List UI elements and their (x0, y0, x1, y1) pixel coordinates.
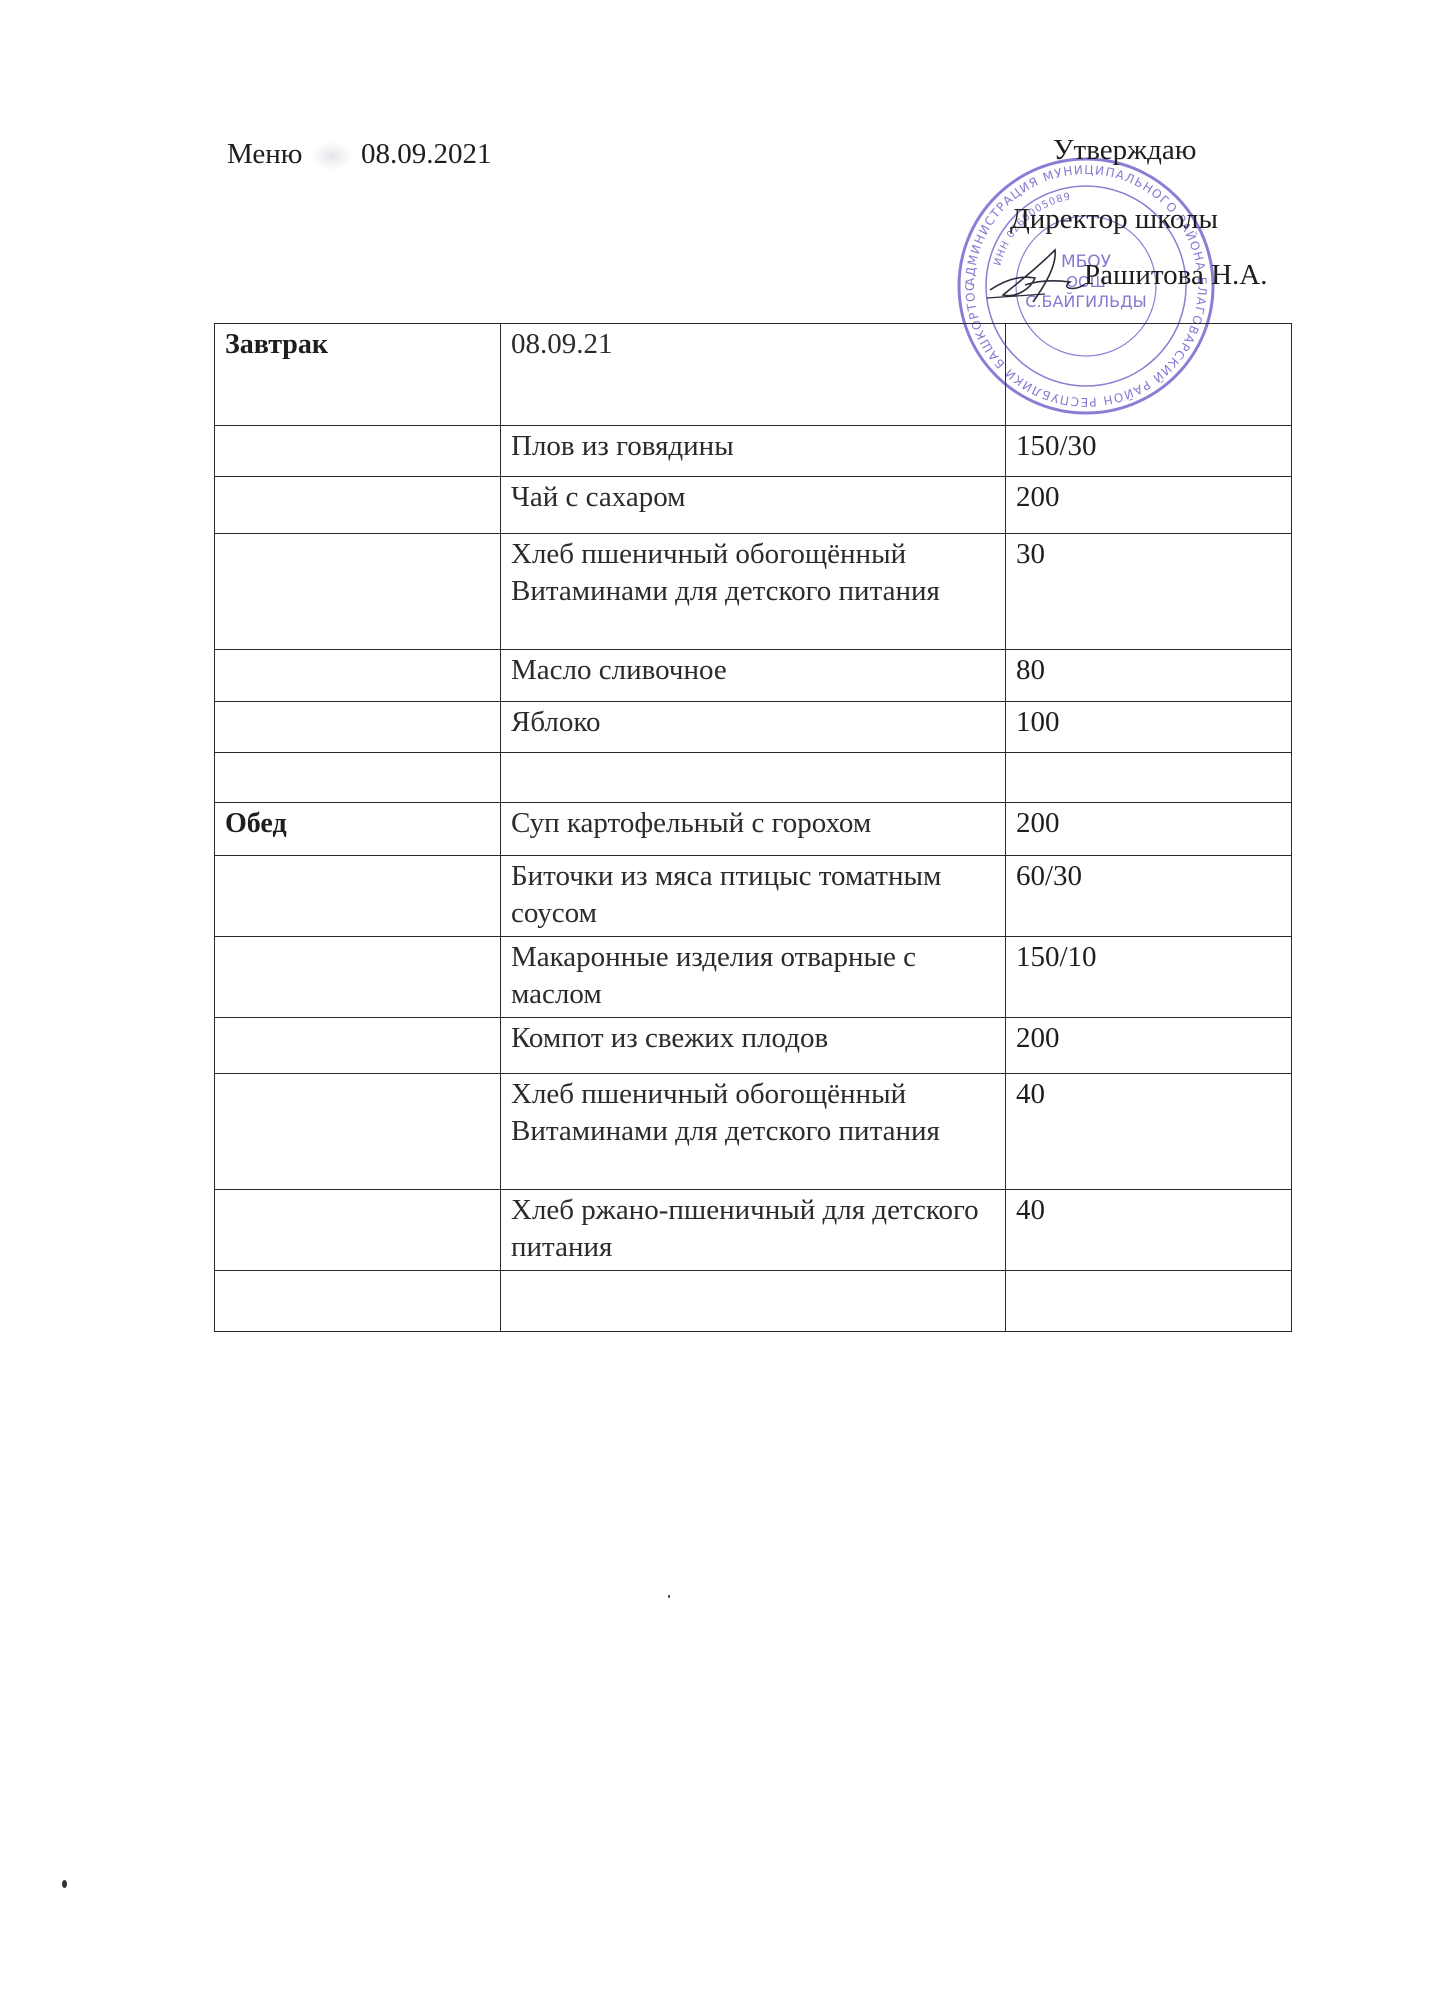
meal-cell (215, 650, 501, 702)
dish-cell: Масло сливочное (501, 650, 1006, 702)
approval-line-position: Директор школы (1010, 203, 1218, 236)
table-row: ОбедСуп картофельный с горохом200 (215, 803, 1292, 856)
meal-cell: Завтрак (215, 324, 501, 426)
portion-cell: 200 (1006, 1018, 1292, 1074)
meal-cell (215, 937, 501, 1018)
table-row: Биточки из мяса птицыс томатным соусом60… (215, 856, 1292, 937)
portion-cell (1006, 753, 1292, 803)
dish-cell: Биточки из мяса птицыс томатным соусом (501, 856, 1006, 937)
portion-cell: 150/10 (1006, 937, 1292, 1018)
meal-cell (215, 1074, 501, 1190)
table-row: Хлеб пшеничный обогощённый Витаминами дл… (215, 1074, 1292, 1190)
table-row (215, 753, 1292, 803)
portion-cell: 40 (1006, 1190, 1292, 1271)
dish-cell: Макаронные изделия отварные с маслом (501, 937, 1006, 1018)
meal-cell (215, 534, 501, 650)
meal-cell (215, 753, 501, 803)
table-row: Хлеб пшеничный обогощённый Витаминами дл… (215, 534, 1292, 650)
table-row: Хлеб ржано-пшеничный для детского питани… (215, 1190, 1292, 1271)
table-row: Яблоко100 (215, 702, 1292, 753)
table-row: Масло сливочное80 (215, 650, 1292, 702)
dish-cell: Хлеб ржано-пшеничный для детского питани… (501, 1190, 1006, 1271)
dish-cell: Суп картофельный с горохом (501, 803, 1006, 856)
portion-cell: 60/30 (1006, 856, 1292, 937)
meal-cell (215, 856, 501, 937)
table-row: Компот из свежих плодов200 (215, 1018, 1292, 1074)
table-row (215, 1271, 1292, 1332)
portion-cell: 150/30 (1006, 426, 1292, 477)
table-row: Плов из говядины150/30 (215, 426, 1292, 477)
menu-title: Меню 08.09.2021 (227, 138, 491, 171)
dish-cell: Хлеб пшеничный обогощённый Витаминами дл… (501, 1074, 1006, 1190)
portion-cell (1006, 1271, 1292, 1332)
portion-cell (1006, 324, 1292, 426)
portion-cell: 200 (1006, 477, 1292, 534)
approval-line-name: Рашитова Н.А. (1084, 259, 1267, 292)
meal-cell (215, 1018, 501, 1074)
portion-cell: 40 (1006, 1074, 1292, 1190)
meal-cell: Обед (215, 803, 501, 856)
smudge-mark (310, 141, 354, 171)
menu-title-prefix: Меню (227, 138, 302, 170)
scan-speck (668, 1595, 670, 1598)
dish-cell (501, 1271, 1006, 1332)
dish-cell (501, 753, 1006, 803)
menu-title-date: 08.09.2021 (361, 138, 492, 170)
signature-icon (985, 240, 1095, 310)
meal-cell (215, 1190, 501, 1271)
table-row: Макаронные изделия отварные с маслом150/… (215, 937, 1292, 1018)
dish-cell: Хлеб пшеничный обогощённый Витаминами дл… (501, 534, 1006, 650)
portion-cell: 30 (1006, 534, 1292, 650)
meal-cell (215, 426, 501, 477)
meal-cell (215, 477, 501, 534)
table-row: Чай с сахаром200 (215, 477, 1292, 534)
portion-cell: 200 (1006, 803, 1292, 856)
table-row: Завтрак08.09.21 (215, 324, 1292, 426)
scan-speck (62, 1880, 67, 1888)
meal-cell (215, 702, 501, 753)
dish-cell: 08.09.21 (501, 324, 1006, 426)
portion-cell: 80 (1006, 650, 1292, 702)
dish-cell: Яблоко (501, 702, 1006, 753)
dish-cell: Плов из говядины (501, 426, 1006, 477)
stamp-center-3: С.БАЙГИЛЬДЫ (1025, 292, 1147, 311)
menu-table: Завтрак08.09.21Плов из говядины150/30Чай… (214, 323, 1292, 1332)
meal-cell (215, 1271, 501, 1332)
dish-cell: Компот из свежих плодов (501, 1018, 1006, 1074)
approval-line-approve: Утверждаю (1053, 134, 1196, 167)
dish-cell: Чай с сахаром (501, 477, 1006, 534)
portion-cell: 100 (1006, 702, 1292, 753)
